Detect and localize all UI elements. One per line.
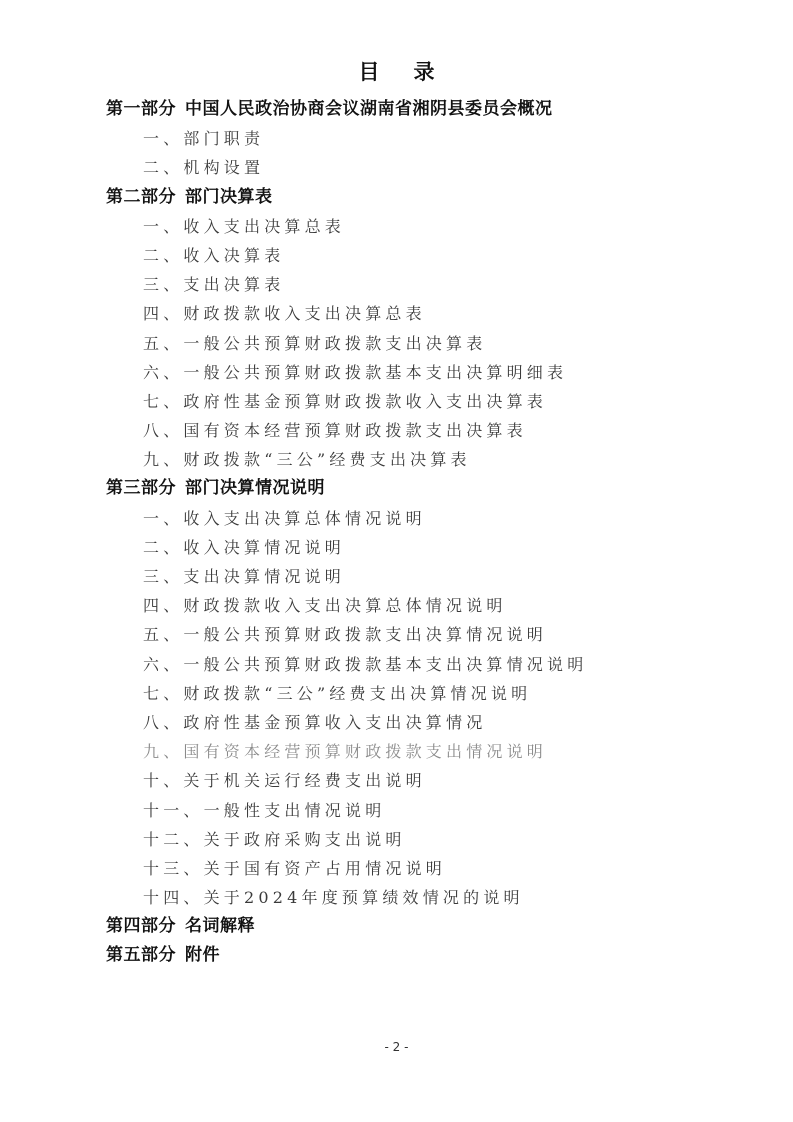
- part-name: 名词解释: [185, 916, 255, 936]
- page-number: - 2 -: [0, 1040, 793, 1054]
- toc-item[interactable]: 十、关于机关运行经费支出说明: [106, 766, 753, 795]
- part-name: 部门决算表: [185, 187, 273, 207]
- toc-item[interactable]: 十一、一般性支出情况说明: [106, 796, 753, 825]
- part-label: 第三部分: [106, 478, 176, 498]
- page-title: 目录: [0, 56, 793, 86]
- toc-item[interactable]: 二、机构设置: [106, 153, 753, 182]
- toc-item[interactable]: 七、政府性基金预算财政拨款收入支出决算表: [106, 387, 753, 416]
- part-label: 第五部分: [106, 945, 176, 965]
- toc-item[interactable]: 九、财政拨款“三公”经费支出决算表: [106, 445, 753, 474]
- toc-part-2[interactable]: 第二部分部门决算表: [106, 183, 753, 212]
- toc-item[interactable]: 四、财政拨款收入支出决算总体情况说明: [106, 591, 753, 620]
- toc-item[interactable]: 三、支出决算情况说明: [106, 562, 753, 591]
- toc-part-4[interactable]: 第四部分名词解释: [106, 912, 753, 941]
- toc-item[interactable]: 五、一般公共预算财政拨款支出决算情况说明: [106, 620, 753, 649]
- toc-item[interactable]: 十三、关于国有资产占用情况说明: [106, 854, 753, 883]
- toc-item[interactable]: 十二、关于政府采购支出说明: [106, 825, 753, 854]
- title-right: 录: [414, 60, 435, 84]
- toc-item[interactable]: 二、收入决算情况说明: [106, 533, 753, 562]
- toc-item[interactable]: 六、一般公共预算财政拨款基本支出决算情况说明: [106, 650, 753, 679]
- toc-part-1[interactable]: 第一部分中国人民政治协商会议湖南省湘阴县委员会概况: [106, 95, 753, 124]
- toc-item[interactable]: 六、一般公共预算财政拨款基本支出决算明细表: [106, 358, 753, 387]
- part-label: 第一部分: [106, 99, 176, 119]
- part-name: 中国人民政治协商会议湖南省湘阴县委员会概况: [185, 99, 553, 119]
- toc-part-5[interactable]: 第五部分附件: [106, 941, 753, 970]
- part-name: 部门决算情况说明: [185, 478, 325, 498]
- part-label: 第四部分: [106, 916, 176, 936]
- title-left: 目: [359, 60, 380, 84]
- toc-item[interactable]: 五、一般公共预算财政拨款支出决算表: [106, 329, 753, 358]
- toc-item[interactable]: 一、部门职责: [106, 124, 753, 153]
- toc-item[interactable]: 三、支出决算表: [106, 270, 753, 299]
- toc-item[interactable]: 九、国有资本经营预算财政拨款支出情况说明: [106, 737, 753, 766]
- toc-item[interactable]: 四、财政拨款收入支出决算总表: [106, 299, 753, 328]
- toc-item[interactable]: 十四、关于2024年度预算绩效情况的说明: [106, 883, 753, 912]
- toc-part-3[interactable]: 第三部分部门决算情况说明: [106, 474, 753, 503]
- toc-item[interactable]: 一、收入支出决算总表: [106, 212, 753, 241]
- toc-item[interactable]: 一、收入支出决算总体情况说明: [106, 504, 753, 533]
- part-name: 附件: [185, 945, 220, 965]
- toc-item[interactable]: 二、收入决算表: [106, 241, 753, 270]
- part-label: 第二部分: [106, 187, 176, 207]
- toc-item[interactable]: 七、财政拨款“三公”经费支出决算情况说明: [106, 679, 753, 708]
- table-of-contents: 第一部分中国人民政治协商会议湖南省湘阴县委员会概况 一、部门职责 二、机构设置 …: [106, 95, 753, 971]
- toc-item[interactable]: 八、国有资本经营预算财政拨款支出决算表: [106, 416, 753, 445]
- toc-item[interactable]: 八、政府性基金预算收入支出决算情况: [106, 708, 753, 737]
